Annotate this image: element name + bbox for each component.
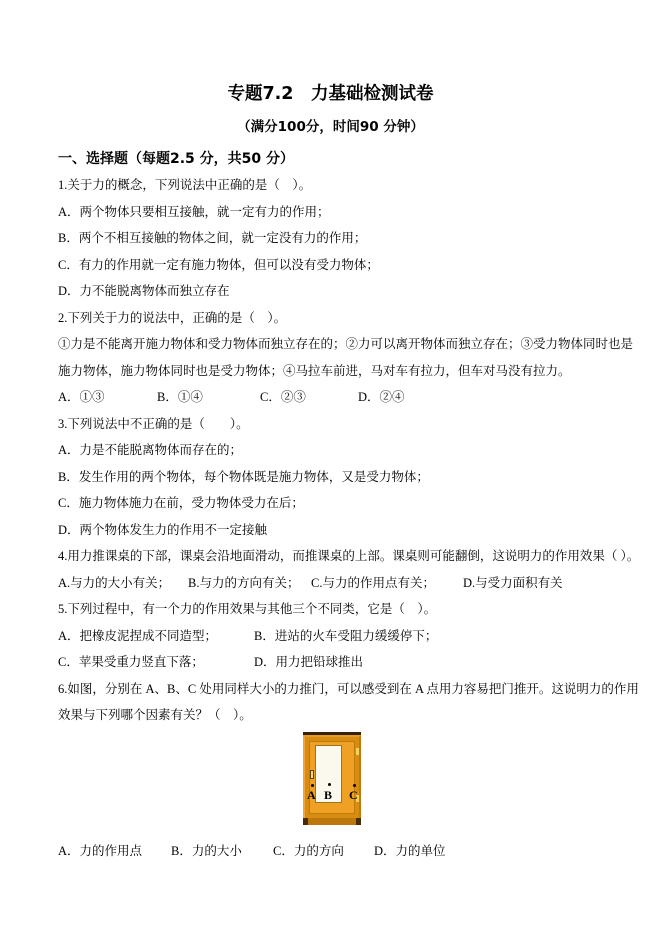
question-6-stem-line1: 6.如图，分别在 A、B、C 处用同样大小的力推门，可以感受到在 A 点用力容易… [58,676,621,703]
section-heading: 一、选择题（每题2.5 分，共50 分） [58,149,621,169]
question-4-option-b: B.与力的方向有关； [188,570,299,597]
question-2-option-a: A．①③ [58,384,105,411]
question-5-stem: 5.下列过程中，有一个力的作用效果与其他三个不同类，它是（ ）。 [58,596,621,623]
question-4-option-a: A.与力的大小有关； [58,570,170,597]
question-2-stem: 2.下列关于力的说法中，正确的是（ ）。 [58,305,621,332]
question-2-options-row: A．①③ B．①④ C．②③ D．②④ [58,384,621,411]
question-5-option-a: A．把橡皮泥捏成不同造型； [58,623,217,650]
push-point-dot-a [311,784,314,787]
question-2-option-c: C．②③ [260,384,306,411]
question-2-option-d: D．②④ [358,384,405,411]
question-3-option-a: A．力是不能脱离物体而存在的； [58,437,621,464]
question-1-option-d: D．力不能脱离物体而独立存在 [58,278,621,305]
question-5-options-row-2: C．苹果受重力竖直下落； D．用力把铅球推出 [58,649,621,676]
question-3-option-b: B．发生作用的两个物体，每个物体既是施力物体，又是受力物体； [58,464,621,491]
question-4-stem: 4.用力推课桌的下部，课桌会沿地面滑动，而推课桌的上部。课桌则可能翻倒，这说明力… [58,543,621,570]
questions-flow: 1.关于力的概念，下列说法中正确的是（ ）。 A．两个物体只要相互接触，就一定有… [58,172,621,864]
question-4-option-c: C.与力的作用点有关； [311,570,435,597]
page-content: 专题7.2 力基础检测试卷 （满分100分，时间90 分钟） 一、选择题（每题2… [0,0,661,864]
question-2-statements-line2: 施力物体，施力物体同时也是受力物体；④马拉车前进，马对车有拉力，但车对马没有拉力… [58,358,621,385]
question-1-stem: 1.关于力的概念，下列说法中正确的是（ ）。 [58,172,621,199]
page-title: 专题7.2 力基础检测试卷 [58,84,603,104]
push-point-label-b: B [324,788,332,802]
question-6-option-a: A．力的作用点 [58,838,142,865]
question-3-option-c: C．施力物体施力在前，受力物体受力在后； [58,490,621,517]
question-2-statements-line1: ①力是不能离开施力物体和受力物体而独立存在的；②力可以离开物体而独立存在；③受力… [58,331,621,358]
question-6-option-b: B．力的大小 [171,838,242,865]
question-1-option-b: B．两个不相互接触的物体之间，就一定没有力的作用； [58,225,621,252]
door-sill-shadow-left [303,818,308,825]
question-6-stem-line2: 效果与下列哪个因素有关？（ ）。 [58,702,621,729]
question-1-option-c: C．有力的作用就一定有施力物体，但可以没有受力物体； [58,252,621,279]
question-6-option-c: C．力的方向 [273,838,344,865]
push-point-dot-c [353,784,356,787]
question-5-options-row-1: A．把橡皮泥捏成不同造型； B．进站的火车受阻力缓缓停下； [58,623,621,650]
question-3-stem: 3.下列说法中不正确的是（ ）。 [58,411,621,438]
test-paper-page: 专题7.2 力基础检测试卷 （满分100分，时间90 分钟） 一、选择题（每题2… [0,0,661,935]
question-5-option-b: B．进站的火车受阻力缓缓停下； [254,623,437,650]
door-handle-icon [310,770,314,779]
door-hinge-top [356,748,359,755]
page-subtitle: （满分100分，时间90 分钟） [58,118,603,136]
door-sill-shadow-right [356,818,361,825]
push-point-dot-b [328,783,331,786]
question-5-option-d: D．用力把铅球推出 [254,649,363,676]
push-point-label-c: C [349,788,358,802]
door-sill [303,818,361,825]
question-5-option-c: C．苹果受重力竖直下落； [58,649,204,676]
question-6-options-row: A．力的作用点 B．力的大小 C．力的方向 D．力的单位 [58,838,621,865]
push-point-label-a: A [307,788,316,802]
door-figure: A B C [303,732,361,825]
question-6-option-d: D．力的单位 [374,838,446,865]
question-4-option-d: D.与受力面积有关 [463,570,563,597]
question-1-option-a: A．两个物体只要相互接触，就一定有力的作用； [58,199,621,226]
question-3-option-d: D．两个物体发生力的作用不一定接触 [58,517,621,544]
question-2-option-b: B．①④ [157,384,203,411]
question-4-options-row: A.与力的大小有关； B.与力的方向有关； C.与力的作用点有关； D.与受力面… [58,570,621,597]
